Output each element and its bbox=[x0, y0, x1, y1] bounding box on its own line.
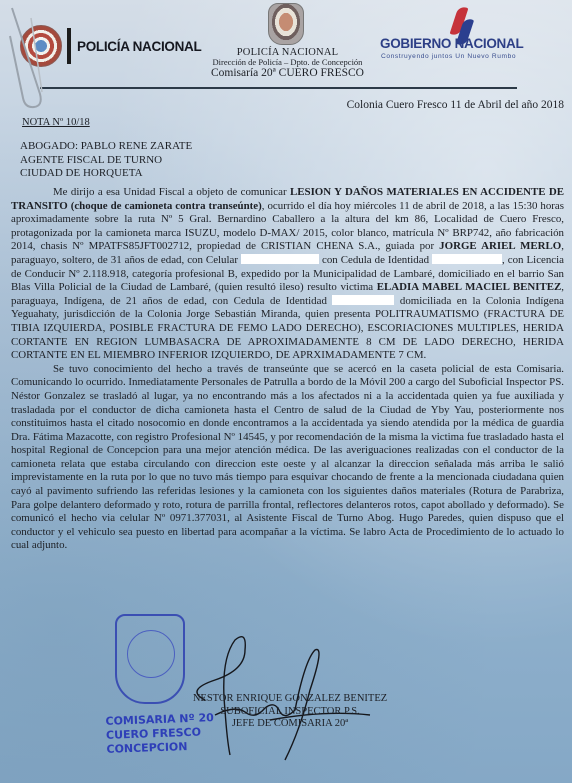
recipient-block: ABOGADO: PABLO RENE ZARATE AGENTE FISCAL… bbox=[20, 140, 192, 181]
letterhead-center: POLICÍA NACIONAL Dirección de Policía – … bbox=[205, 47, 370, 79]
signer-role: JEFE DE COMISARIA 20ª bbox=[170, 718, 410, 731]
gobierno-nacional-logo: GOBIERNO NACIONAL Construyendo juntos Un… bbox=[380, 6, 540, 66]
note-number: NOTA Nº 10/18 bbox=[22, 117, 90, 128]
gobierno-tagline: Construyendo juntos Un Nuevo Rumbo bbox=[381, 53, 516, 60]
signer-name: NESTOR ENRIQUE GONZALEZ BENITEZ bbox=[170, 693, 410, 706]
letterhead-station: Comisaría 20ª CUERO FRESCO bbox=[205, 67, 370, 79]
paragraph-incident: Me dirijo a esa Unidad Fiscal a objeto d… bbox=[11, 186, 564, 363]
recipient-name: ABOGADO: PABLO RENE ZARATE bbox=[20, 140, 192, 154]
paperclip-icon bbox=[8, 6, 50, 110]
signer-block: NESTOR ENRIQUE GONZALEZ BENITEZ SUBOFICI… bbox=[170, 693, 410, 731]
driver-name: JORGE ARIEL MERLO bbox=[439, 240, 561, 252]
paragraph-procedure: Se tuvo conocimiento del hecho a través … bbox=[11, 363, 564, 553]
nacional-word: NACIONAL bbox=[455, 36, 524, 51]
recipient-city: CIUDAD DE HORQUETA bbox=[20, 167, 192, 181]
redacted-phone bbox=[241, 254, 319, 264]
body-text-run: Me dirijo a esa Unidad Fiscal a objeto d… bbox=[53, 186, 290, 198]
recipient-title: AGENTE FISCAL DE TURNO bbox=[20, 154, 192, 168]
date-line: Colonia Cuero Fresco 11 de Abril del año… bbox=[347, 99, 564, 111]
redacted-id bbox=[432, 254, 502, 264]
letterhead-rule bbox=[40, 87, 517, 89]
seal-emblem-icon bbox=[127, 630, 175, 678]
police-note-document: POLICÍA NACIONAL POLICÍA NACIONAL Direcc… bbox=[0, 0, 572, 783]
gobierno-word: GOBIERNO bbox=[380, 36, 451, 51]
logo-divider bbox=[67, 28, 71, 64]
body-text-run: con Cedula de Identidad bbox=[319, 254, 432, 266]
note-body: Me dirijo a esa Unidad Fiscal a objeto d… bbox=[11, 186, 564, 553]
victim-name: ELADIA MABEL MACIEL BENITEZ bbox=[377, 281, 562, 293]
letterhead-direction: Dirección de Policía – Dpto. de Concepci… bbox=[205, 58, 370, 67]
gobierno-nacional-wordmark: GOBIERNO NACIONAL bbox=[380, 36, 523, 51]
signer-rank: SUBOFICIAL INSPECTOR P.S. bbox=[170, 706, 410, 719]
police-shield-emblem-icon bbox=[268, 3, 304, 45]
redacted-victim-id bbox=[332, 295, 394, 305]
policia-nacional-wordmark: POLICÍA NACIONAL bbox=[77, 39, 201, 54]
